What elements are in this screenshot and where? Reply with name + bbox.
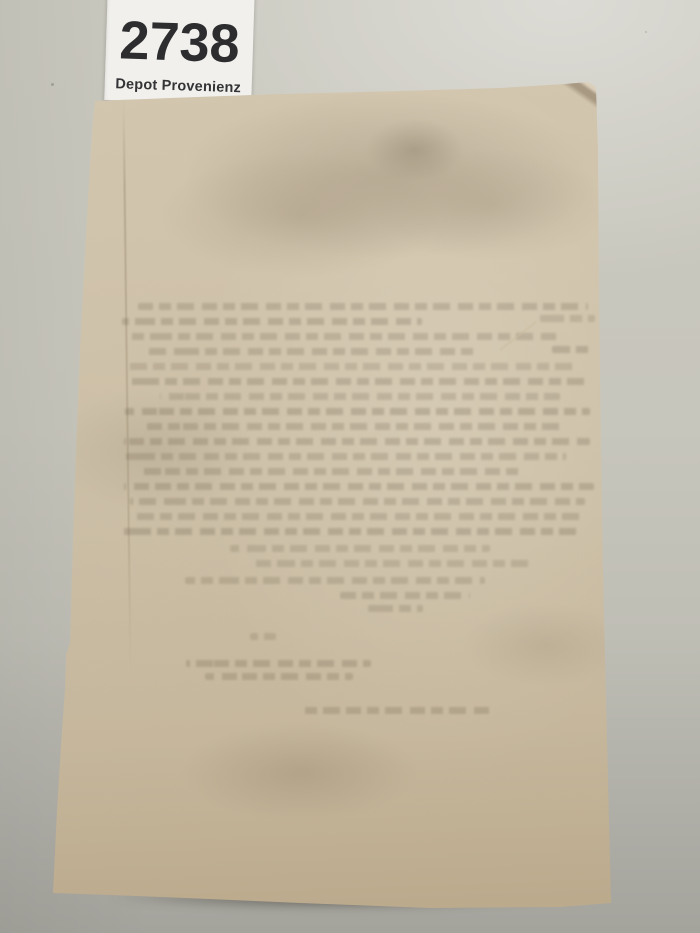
provenance-label-card: 2738 Depot Provenienz (104, 0, 255, 105)
label-number: 2738 (105, 0, 255, 72)
photo-scene: 2738 Depot Provenienz (0, 0, 700, 933)
label-caption: Depot Provenienz (104, 76, 251, 97)
background-speck (51, 83, 54, 86)
paper-grain-texture (0, 0, 700, 933)
background-speck (645, 31, 647, 33)
book-cover (0, 0, 700, 933)
